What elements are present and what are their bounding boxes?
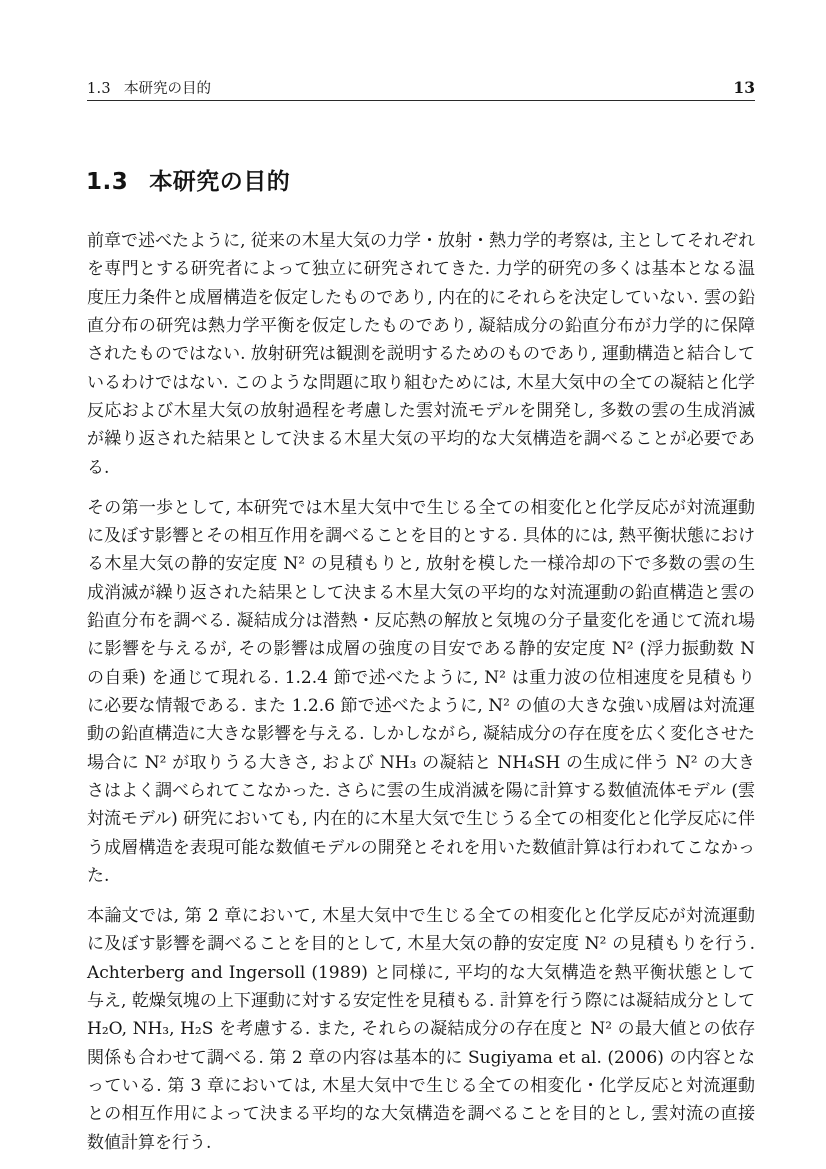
page-number: 13 (733, 79, 755, 98)
running-header-section-number: 1.3 (87, 81, 111, 98)
running-header-left: 1.3 本研究の目的 (87, 81, 211, 98)
document-page: 1.3 本研究の目的 13 1.3 本研究の目的 前章で述べたように, 従来の木… (0, 0, 826, 1169)
paragraph-1: 前章で述べたように, 従来の木星大気の力学・放射・熱力学的考察は, 主としてそれ… (87, 227, 755, 482)
body-text: 前章で述べたように, 従来の木星大気の力学・放射・熱力学的考察は, 主としてそれ… (87, 227, 755, 1157)
running-header-section-title: 本研究の目的 (124, 81, 211, 98)
header-rule (87, 100, 755, 101)
paragraph-2: その第一歩として, 本研究では木星大気中で生じる全ての相変化と化学反応が対流運動… (87, 494, 755, 891)
section-number: 1.3 (86, 169, 128, 195)
section-heading: 1.3 本研究の目的 (86, 163, 290, 196)
section-title: 本研究の目的 (149, 163, 290, 196)
paragraph-3: 本論文では, 第 2 章において, 木星大気中で生じる全ての相変化と化学反応が対… (87, 902, 755, 1157)
running-header: 1.3 本研究の目的 13 (87, 79, 755, 98)
